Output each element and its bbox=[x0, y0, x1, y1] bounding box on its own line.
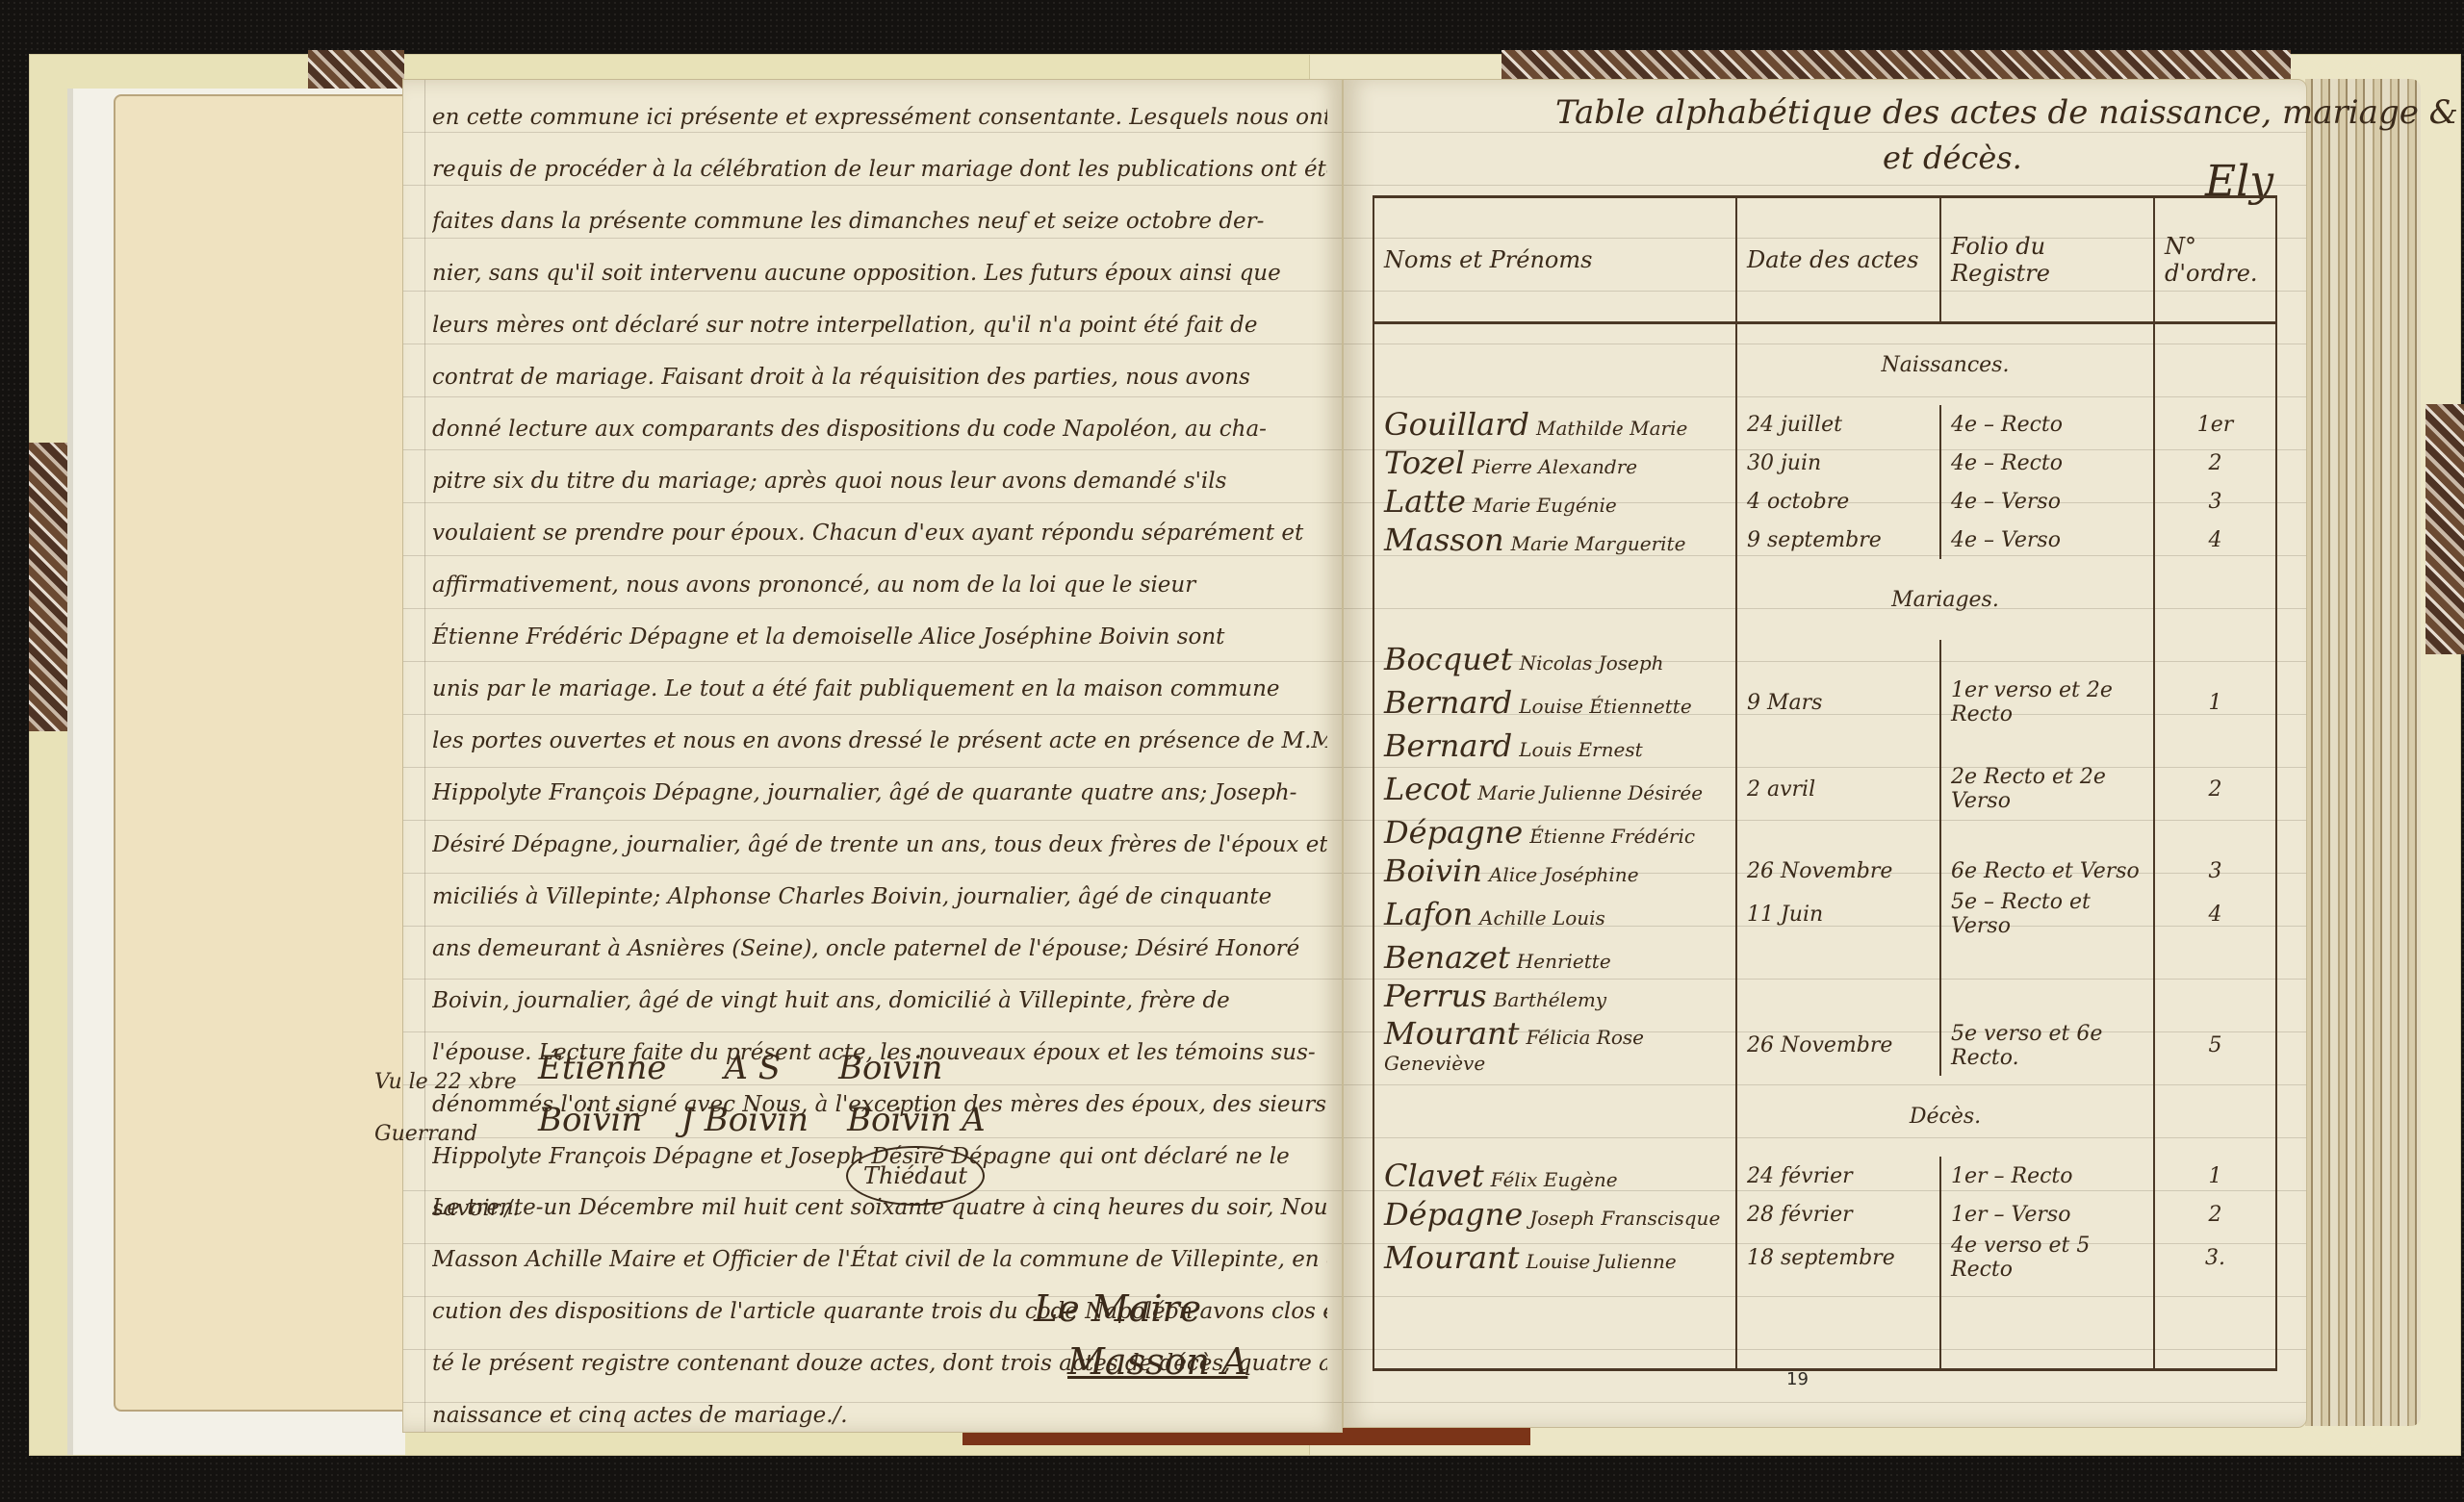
order-number-cell: 3. bbox=[2154, 1234, 2276, 1282]
order-number-cell bbox=[2154, 640, 2276, 678]
mayor-title: Le Maire bbox=[1034, 1287, 1201, 1330]
surname: Dépagne bbox=[1384, 814, 1523, 851]
given-names: Louis Ernest bbox=[1519, 738, 1642, 761]
folio-cell: 1er – Recto bbox=[1940, 1157, 2154, 1195]
name-cell: Perrus Barthélemy bbox=[1373, 977, 1736, 1015]
order-number-cell: 1 bbox=[2154, 1157, 2276, 1195]
folio-cell bbox=[1940, 938, 2154, 977]
order-number-cell: 2 bbox=[2154, 444, 2276, 482]
signature: A S bbox=[724, 1042, 781, 1094]
table-row: Lafon Achille Louis11 Juin5e – Recto et … bbox=[1373, 890, 2276, 938]
date-cell: 28 février bbox=[1736, 1195, 1940, 1234]
given-names: Nicolas Joseph bbox=[1520, 651, 1664, 675]
order-number-cell: 3 bbox=[2154, 852, 2276, 890]
table-header-row: Noms et Prénoms Date des actes Folio du … bbox=[1373, 197, 2276, 323]
surname: Lafon bbox=[1384, 896, 1473, 932]
name-cell: Clavet Félix Eugène bbox=[1373, 1157, 1736, 1195]
table-row: Dépagne Étienne Frédéric bbox=[1373, 813, 2276, 852]
given-names: Joseph Franscisque bbox=[1529, 1207, 1720, 1230]
name-cell: Gouillard Mathilde Marie bbox=[1373, 405, 1736, 444]
order-number-cell bbox=[2154, 938, 2276, 977]
name-cell: Bocquet Nicolas Joseph bbox=[1373, 640, 1736, 678]
surname: Boivin bbox=[1384, 853, 1482, 889]
name-cell: Bernard Louise Étiennette bbox=[1373, 678, 1736, 726]
marbled-corner-top-left bbox=[308, 50, 404, 89]
section-heading: Mariages. bbox=[1736, 559, 2154, 640]
page-number: 19 bbox=[1786, 1369, 1809, 1389]
surname: Mourant bbox=[1384, 1015, 1519, 1052]
given-names: Marie Julienne Désirée bbox=[1477, 781, 1703, 804]
alphabetical-index-table: Noms et Prénoms Date des actes Folio du … bbox=[1373, 195, 2277, 1371]
surname: Clavet bbox=[1384, 1158, 1484, 1194]
surname: Lecot bbox=[1384, 771, 1471, 807]
section-heading-row: Décès. bbox=[1373, 1076, 2276, 1157]
name-cell: Masson Marie Marguerite bbox=[1373, 521, 1736, 559]
folio-cell: 4e – Recto bbox=[1940, 444, 2154, 482]
order-number-cell bbox=[2154, 977, 2276, 1015]
date-cell: 26 Novembre bbox=[1736, 1015, 1940, 1076]
folio-cell: 5e – Recto et Verso bbox=[1940, 890, 2154, 938]
folio-cell: 4e verso et 5 Recto bbox=[1940, 1234, 2154, 1282]
date-cell bbox=[1736, 640, 1940, 678]
order-number-cell: 4 bbox=[2154, 890, 2276, 938]
date-cell: 9 septembre bbox=[1736, 521, 1940, 559]
right-page: Table alphabétique des actes de naissanc… bbox=[1343, 79, 2307, 1428]
text-line: Boivin, journalier, âgé de vingt huit an… bbox=[432, 975, 1327, 1027]
order-number-cell: 1er bbox=[2154, 405, 2276, 444]
order-number-cell bbox=[2154, 726, 2276, 765]
given-names: Marie Eugénie bbox=[1473, 494, 1617, 517]
name-cell: Boivin Alice Joséphine bbox=[1373, 852, 1736, 890]
name-cell: Mourant Louise Julienne bbox=[1373, 1234, 1736, 1282]
surname: Perrus bbox=[1384, 978, 1487, 1014]
order-number-cell: 2 bbox=[2154, 765, 2276, 813]
table-row: Latte Marie Eugénie4 octobre4e – Verso3 bbox=[1373, 482, 2276, 521]
text-line: donné lecture aux comparants des disposi… bbox=[432, 403, 1327, 455]
text-line: unis par le mariage. Le tout a été fait … bbox=[432, 663, 1327, 715]
name-cell: Latte Marie Eugénie bbox=[1373, 482, 1736, 521]
table-title-line2: et décès. bbox=[1883, 140, 2022, 176]
text-line: Le trente-un Décembre mil huit cent soix… bbox=[432, 1182, 1327, 1234]
given-names: Barthélemy bbox=[1494, 988, 1606, 1011]
table-row: Bernard Louise Étiennette9 Mars1er verso… bbox=[1373, 678, 2276, 726]
name-cell: Bernard Louis Ernest bbox=[1373, 726, 1736, 765]
given-names: Étienne Frédéric bbox=[1529, 825, 1695, 848]
date-cell bbox=[1736, 938, 1940, 977]
given-names: Félix Eugène bbox=[1491, 1168, 1618, 1191]
table-row: Bernard Louis Ernest bbox=[1373, 726, 2276, 765]
given-names: Louise Étiennette bbox=[1519, 695, 1691, 718]
folio-cell: 5e verso et 6e Recto. bbox=[1940, 1015, 2154, 1076]
date-cell: 24 juillet bbox=[1736, 405, 1940, 444]
signature: Boivin A bbox=[847, 1094, 986, 1146]
text-line: voulaient se prendre pour époux. Chacun … bbox=[432, 507, 1327, 559]
name-cell: Dépagne Joseph Franscisque bbox=[1373, 1195, 1736, 1234]
table-row: Tozel Pierre Alexandre30 juin4e – Recto2 bbox=[1373, 444, 2276, 482]
name-cell: Dépagne Étienne Frédéric bbox=[1373, 813, 1736, 852]
date-cell: 18 septembre bbox=[1736, 1234, 1940, 1282]
date-cell: 11 Juin bbox=[1736, 890, 1940, 938]
signature: J Boivin bbox=[680, 1094, 808, 1146]
given-names: Marie Marguerite bbox=[1511, 532, 1686, 555]
surname: Mourant bbox=[1384, 1239, 1519, 1276]
surname: Gouillard bbox=[1384, 406, 1529, 443]
signature: Boivin bbox=[838, 1042, 942, 1094]
table-row: Mourant Louise Julienne18 septembre4e ve… bbox=[1373, 1234, 2276, 1282]
table-row: Clavet Félix Eugène24 février1er – Recto… bbox=[1373, 1157, 2276, 1195]
folio-cell: 2e Recto et 2e Verso bbox=[1940, 765, 2154, 813]
signature: Boivin bbox=[538, 1094, 642, 1146]
folio-cell: 6e Recto et Verso bbox=[1940, 852, 2154, 890]
date-cell: 26 Novembre bbox=[1736, 852, 1940, 890]
order-number-cell: 3 bbox=[2154, 482, 2276, 521]
section-heading-row: Naissances. bbox=[1373, 323, 2276, 406]
text-line: les portes ouvertes et nous en avons dre… bbox=[432, 715, 1327, 767]
column-header: Folio du Registre bbox=[1940, 197, 2154, 323]
order-number-cell: 4 bbox=[2154, 521, 2276, 559]
folio-cell bbox=[1940, 726, 2154, 765]
text-line: miciliés à Villepinte; Alphonse Charles … bbox=[432, 871, 1327, 923]
table-row: Bocquet Nicolas Joseph bbox=[1373, 640, 2276, 678]
text-line: requis de procéder à la célébration de l… bbox=[432, 143, 1327, 195]
surname: Bocquet bbox=[1384, 641, 1513, 677]
date-cell: 2 avril bbox=[1736, 765, 1940, 813]
date-cell: 9 Mars bbox=[1736, 678, 1940, 726]
folio-cell bbox=[1940, 640, 2154, 678]
left-page: en cette commune ici présente et express… bbox=[402, 79, 1343, 1433]
text-line: Masson Achille Maire et Officier de l'Ét… bbox=[432, 1234, 1327, 1286]
name-cell: Lafon Achille Louis bbox=[1373, 890, 1736, 938]
table-row: Gouillard Mathilde Marie24 juillet4e – R… bbox=[1373, 405, 2276, 444]
text-line: Désiré Dépagne, journalier, âgé de trent… bbox=[432, 819, 1327, 871]
surname: Bernard bbox=[1384, 727, 1512, 764]
surname: Bernard bbox=[1384, 684, 1512, 721]
given-names: Louise Julienne bbox=[1526, 1250, 1676, 1273]
name-cell: Lecot Marie Julienne Désirée bbox=[1373, 765, 1736, 813]
section-heading-row: Mariages. bbox=[1373, 559, 2276, 640]
folio-cell: 4e – Recto bbox=[1940, 405, 2154, 444]
text-line: affirmativement, nous avons prononcé, au… bbox=[432, 559, 1327, 611]
date-cell: 24 février bbox=[1736, 1157, 1940, 1195]
table-row: Dépagne Joseph Franscisque28 février1er … bbox=[1373, 1195, 2276, 1234]
text-line: nier, sans qu'il soit intervenu aucune o… bbox=[432, 247, 1327, 299]
table-title: Table alphabétique des actes de naissanc… bbox=[1555, 93, 2458, 132]
order-number-cell: 1 bbox=[2154, 678, 2276, 726]
marbled-edge-top bbox=[1501, 50, 2291, 79]
folio-cell bbox=[1940, 977, 2154, 1015]
date-cell bbox=[1736, 726, 1940, 765]
marbled-edge-right bbox=[2425, 404, 2464, 654]
surname: Tozel bbox=[1384, 445, 1465, 481]
folio-cell: 4e – Verso bbox=[1940, 521, 2154, 559]
date-cell bbox=[1736, 813, 1940, 852]
given-names: Mathilde Marie bbox=[1536, 417, 1687, 440]
folio-cell bbox=[1940, 813, 2154, 852]
table-row: Mourant Félicia Rose Geneviève26 Novembr… bbox=[1373, 1015, 2276, 1076]
order-number-cell: 5 bbox=[2154, 1015, 2276, 1076]
signature: Étienne bbox=[538, 1042, 666, 1094]
given-names: Henriette bbox=[1517, 950, 1611, 973]
text-line: contrat de mariage. Faisant droit à la r… bbox=[432, 351, 1327, 403]
surname: Benazet bbox=[1384, 939, 1510, 976]
folio-cell: 1er verso et 2e Recto bbox=[1940, 678, 2154, 726]
table-row: Boivin Alice Joséphine26 Novembre6e Rect… bbox=[1373, 852, 2276, 890]
column-header: Noms et Prénoms bbox=[1373, 197, 1736, 323]
text-line: en cette commune ici présente et express… bbox=[432, 91, 1327, 143]
table-row: Perrus Barthélemy bbox=[1373, 977, 2276, 1015]
surname: Dépagne bbox=[1384, 1196, 1523, 1233]
column-header: Date des actes bbox=[1736, 197, 1940, 323]
name-cell: Mourant Félicia Rose Geneviève bbox=[1373, 1015, 1736, 1076]
date-cell bbox=[1736, 977, 1940, 1015]
table-row: Masson Marie Marguerite9 septembre4e – V… bbox=[1373, 521, 2276, 559]
name-cell: Tozel Pierre Alexandre bbox=[1373, 444, 1736, 482]
endpaper bbox=[114, 94, 406, 1412]
folio-cell: 4e – Verso bbox=[1940, 482, 2154, 521]
column-header: N° d'ordre. bbox=[2154, 197, 2276, 323]
order-number-cell: 2 bbox=[2154, 1195, 2276, 1234]
section-heading: Décès. bbox=[1736, 1076, 2154, 1157]
name-cell: Benazet Henriette bbox=[1373, 938, 1736, 977]
folio-cell: 1er – Verso bbox=[1940, 1195, 2154, 1234]
order-number-cell bbox=[2154, 813, 2276, 852]
text-line: leurs mères ont déclaré sur notre interp… bbox=[432, 299, 1327, 351]
surname: Latte bbox=[1384, 483, 1466, 520]
date-cell: 4 octobre bbox=[1736, 482, 1940, 521]
text-line: Hippolyte François Dépagne, journalier, … bbox=[432, 767, 1327, 819]
mayor-signature: Masson A bbox=[1067, 1340, 1247, 1383]
given-names: Pierre Alexandre bbox=[1472, 455, 1637, 478]
table-row: Lecot Marie Julienne Désirée2 avril2e Re… bbox=[1373, 765, 2276, 813]
given-names: Achille Louis bbox=[1479, 906, 1605, 929]
text-line: Étienne Frédéric Dépagne et la demoisell… bbox=[432, 611, 1327, 663]
text-line: pitre six du titre du mariage; après quo… bbox=[432, 455, 1327, 507]
surname: Masson bbox=[1384, 522, 1504, 558]
date-cell: 30 juin bbox=[1736, 444, 1940, 482]
text-line: ans demeurant à Asnières (Seine), oncle … bbox=[432, 923, 1327, 975]
page-fore-edges bbox=[2305, 79, 2421, 1426]
section-heading: Naissances. bbox=[1736, 323, 2154, 406]
table-row: Benazet Henriette bbox=[1373, 938, 2276, 977]
text-line: naissance et cinq actes de mariage./. bbox=[432, 1389, 1327, 1441]
text-line: faites dans la présente commune les dima… bbox=[432, 195, 1327, 247]
given-names: Alice Joséphine bbox=[1489, 863, 1639, 886]
